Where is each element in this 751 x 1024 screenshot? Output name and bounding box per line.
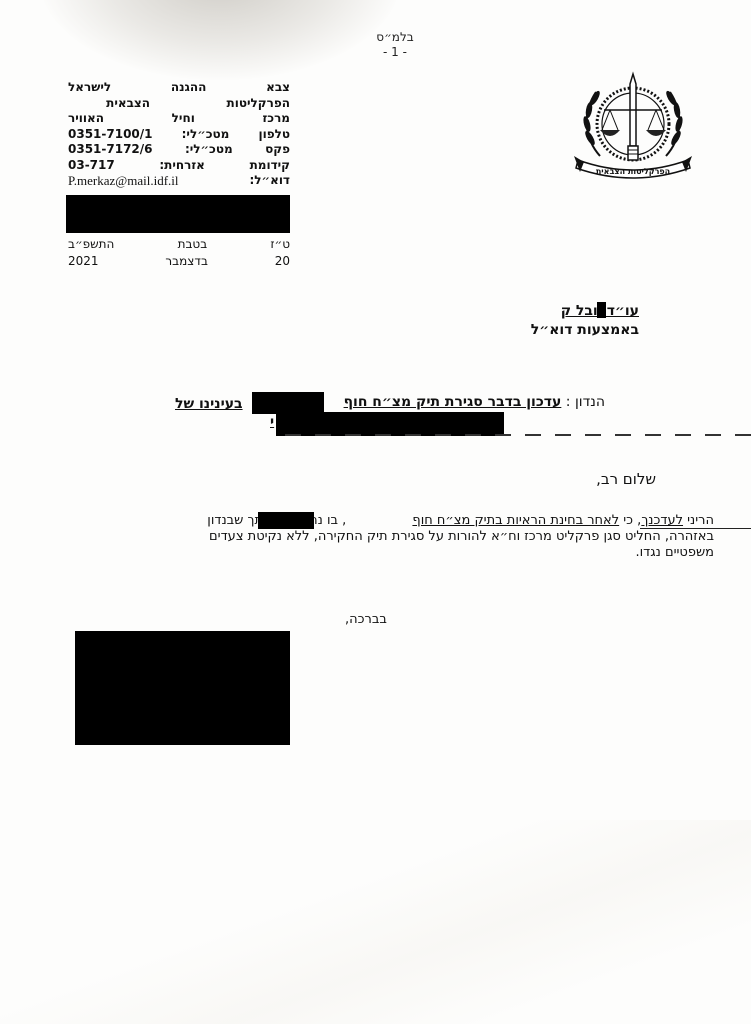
recipient-block: עו״ד יובל ק באמצעות דוא״ל <box>531 302 639 340</box>
redaction-block <box>252 392 324 414</box>
scan-shadow-bottom <box>0 820 751 1024</box>
closing: בברכה, <box>345 612 387 627</box>
classification-label: בלמ״ס <box>340 30 450 44</box>
redaction-block <box>597 302 606 318</box>
redaction-block <box>258 512 314 529</box>
phone-number: 0351-7100/1 <box>68 127 153 143</box>
greeting: שלום רב, <box>596 470 656 488</box>
sender-line-2: הפרקליטות הצבאית <box>68 96 290 112</box>
hebrew-date: ט״ז בטבת התשפ״ב <box>68 236 290 253</box>
phone-row: טלפון מטכ״לי: 0351-7100/1 <box>68 127 290 143</box>
recipient-via: באמצעות דוא״ל <box>531 321 639 340</box>
dashed-separator <box>285 434 751 436</box>
date-block: ט״ז בטבת התשפ״ב 20 בדצמבר 2021 <box>68 236 290 270</box>
sender-info-block: צבא ההגנה לישראל הפרקליטות הצבאית מרכז ו… <box>68 80 290 189</box>
gregorian-date: 20 בדצמבר 2021 <box>68 253 290 270</box>
sender-line-1: צבא ההגנה לישראל <box>68 80 290 96</box>
prefix-number: 03-717 <box>68 158 115 174</box>
body-line-1: הריני לעדכנך, כי לאחר בחינת הראיות בתיק … <box>84 513 714 529</box>
fax-number: 0351-7172/6 <box>68 142 153 158</box>
military-advocate-general-emblem-icon: הפרקליטות הצבאית <box>570 68 696 180</box>
subject-tail: בעינינו של <box>175 396 243 412</box>
body-paragraph: הריני לעדכנך, כי לאחר בחינת הראיות בתיק … <box>84 513 714 561</box>
sender-line-3: מרכז וחיל האוויר <box>68 111 290 127</box>
redaction-block <box>66 195 290 233</box>
email-address: P.merkaz@mail.idf.il <box>68 173 179 189</box>
prefix-row: קידומת אזרחית: 03-717 <box>68 158 290 174</box>
subject-text: עדכון בדבר סגירת תיק מצ״ח חוף <box>344 394 562 410</box>
subject-second-line: י <box>270 414 274 430</box>
email-row: דוא״ל: P.merkaz@mail.idf.il <box>68 173 290 189</box>
signature-redaction <box>75 631 290 745</box>
body-line-2: באזהרה, החליט סגן פרקליט מרכז וח״א להורו… <box>84 529 714 545</box>
svg-text:הפרקליטות הצבאית: הפרקליטות הצבאית <box>596 167 670 176</box>
body-line-3: משפטיים נגדו. <box>84 545 714 561</box>
subject-line: הנדון : עדכון בדבר סגירת תיק מצ״ח חוף <box>344 394 605 410</box>
subject-label: הנדון : <box>566 394 605 410</box>
underline-extension <box>640 528 751 529</box>
recipient-name: עו״ד יובל ק <box>531 302 639 321</box>
redaction-block <box>276 412 504 436</box>
fax-row: פקס מטכ״לי: 0351-7172/6 <box>68 142 290 158</box>
page-number: - 1 - <box>340 45 450 59</box>
